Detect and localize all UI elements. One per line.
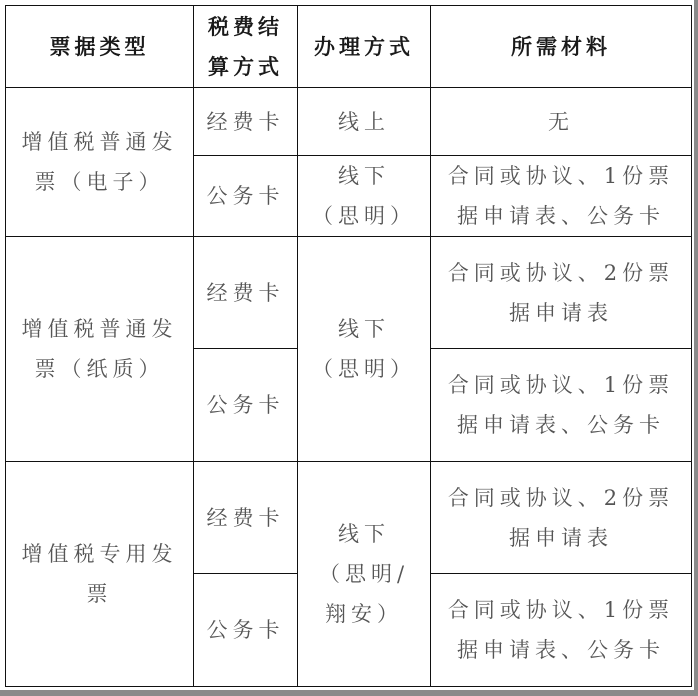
- table-row: 增值税专用发 票 经费卡 线下 （思明/ 翔安） 合同或协议、2份票 据申请表: [6, 462, 692, 574]
- header-settlement-method: 税费结 算方式: [194, 6, 298, 88]
- settlement-cell: 经费卡: [194, 462, 298, 574]
- method-cell: 线上: [298, 88, 431, 156]
- window-frame-right: [694, 0, 698, 696]
- window-frame-bottom: [0, 690, 698, 696]
- materials-cell: 合同或协议、2份票 据申请表: [431, 462, 692, 574]
- settlement-cell: 经费卡: [194, 237, 298, 349]
- header-row: 票据类型 税费结 算方式 办理方式 所需材料: [6, 6, 692, 88]
- method-cell: 线下 （思明/ 翔安）: [298, 462, 431, 687]
- method-cell: 线下 （思明）: [298, 156, 431, 237]
- header-required-materials: 所需材料: [431, 6, 692, 88]
- materials-cell: 合同或协议、1份票 据申请表、公务卡: [431, 349, 692, 462]
- invoice-type-cell: 增值税普通发 票（纸质）: [6, 237, 194, 462]
- settlement-cell: 公务卡: [194, 156, 298, 237]
- table-row: 增值税普通发 票（纸质） 经费卡 线下 （思明） 合同或协议、2份票 据申请表: [6, 237, 692, 349]
- invoice-processing-table: 票据类型 税费结 算方式 办理方式 所需材料 增值税普通发 票（电子） 经费卡 …: [5, 5, 692, 687]
- header-invoice-type: 票据类型: [6, 6, 194, 88]
- table-row: 增值税普通发 票（电子） 经费卡 线上 无: [6, 88, 692, 156]
- materials-cell: 合同或协议、1份票 据申请表、公务卡: [431, 574, 692, 687]
- materials-cell: 合同或协议、2份票 据申请表: [431, 237, 692, 349]
- settlement-cell: 公务卡: [194, 574, 298, 687]
- settlement-cell: 经费卡: [194, 88, 298, 156]
- settlement-cell: 公务卡: [194, 349, 298, 462]
- materials-cell: 无: [431, 88, 692, 156]
- invoice-type-cell: 增值税普通发 票（电子）: [6, 88, 194, 237]
- invoice-type-cell: 增值税专用发 票: [6, 462, 194, 687]
- header-processing-method: 办理方式: [298, 6, 431, 88]
- materials-cell: 合同或协议、1份票 据申请表、公务卡: [431, 156, 692, 237]
- method-cell: 线下 （思明）: [298, 237, 431, 462]
